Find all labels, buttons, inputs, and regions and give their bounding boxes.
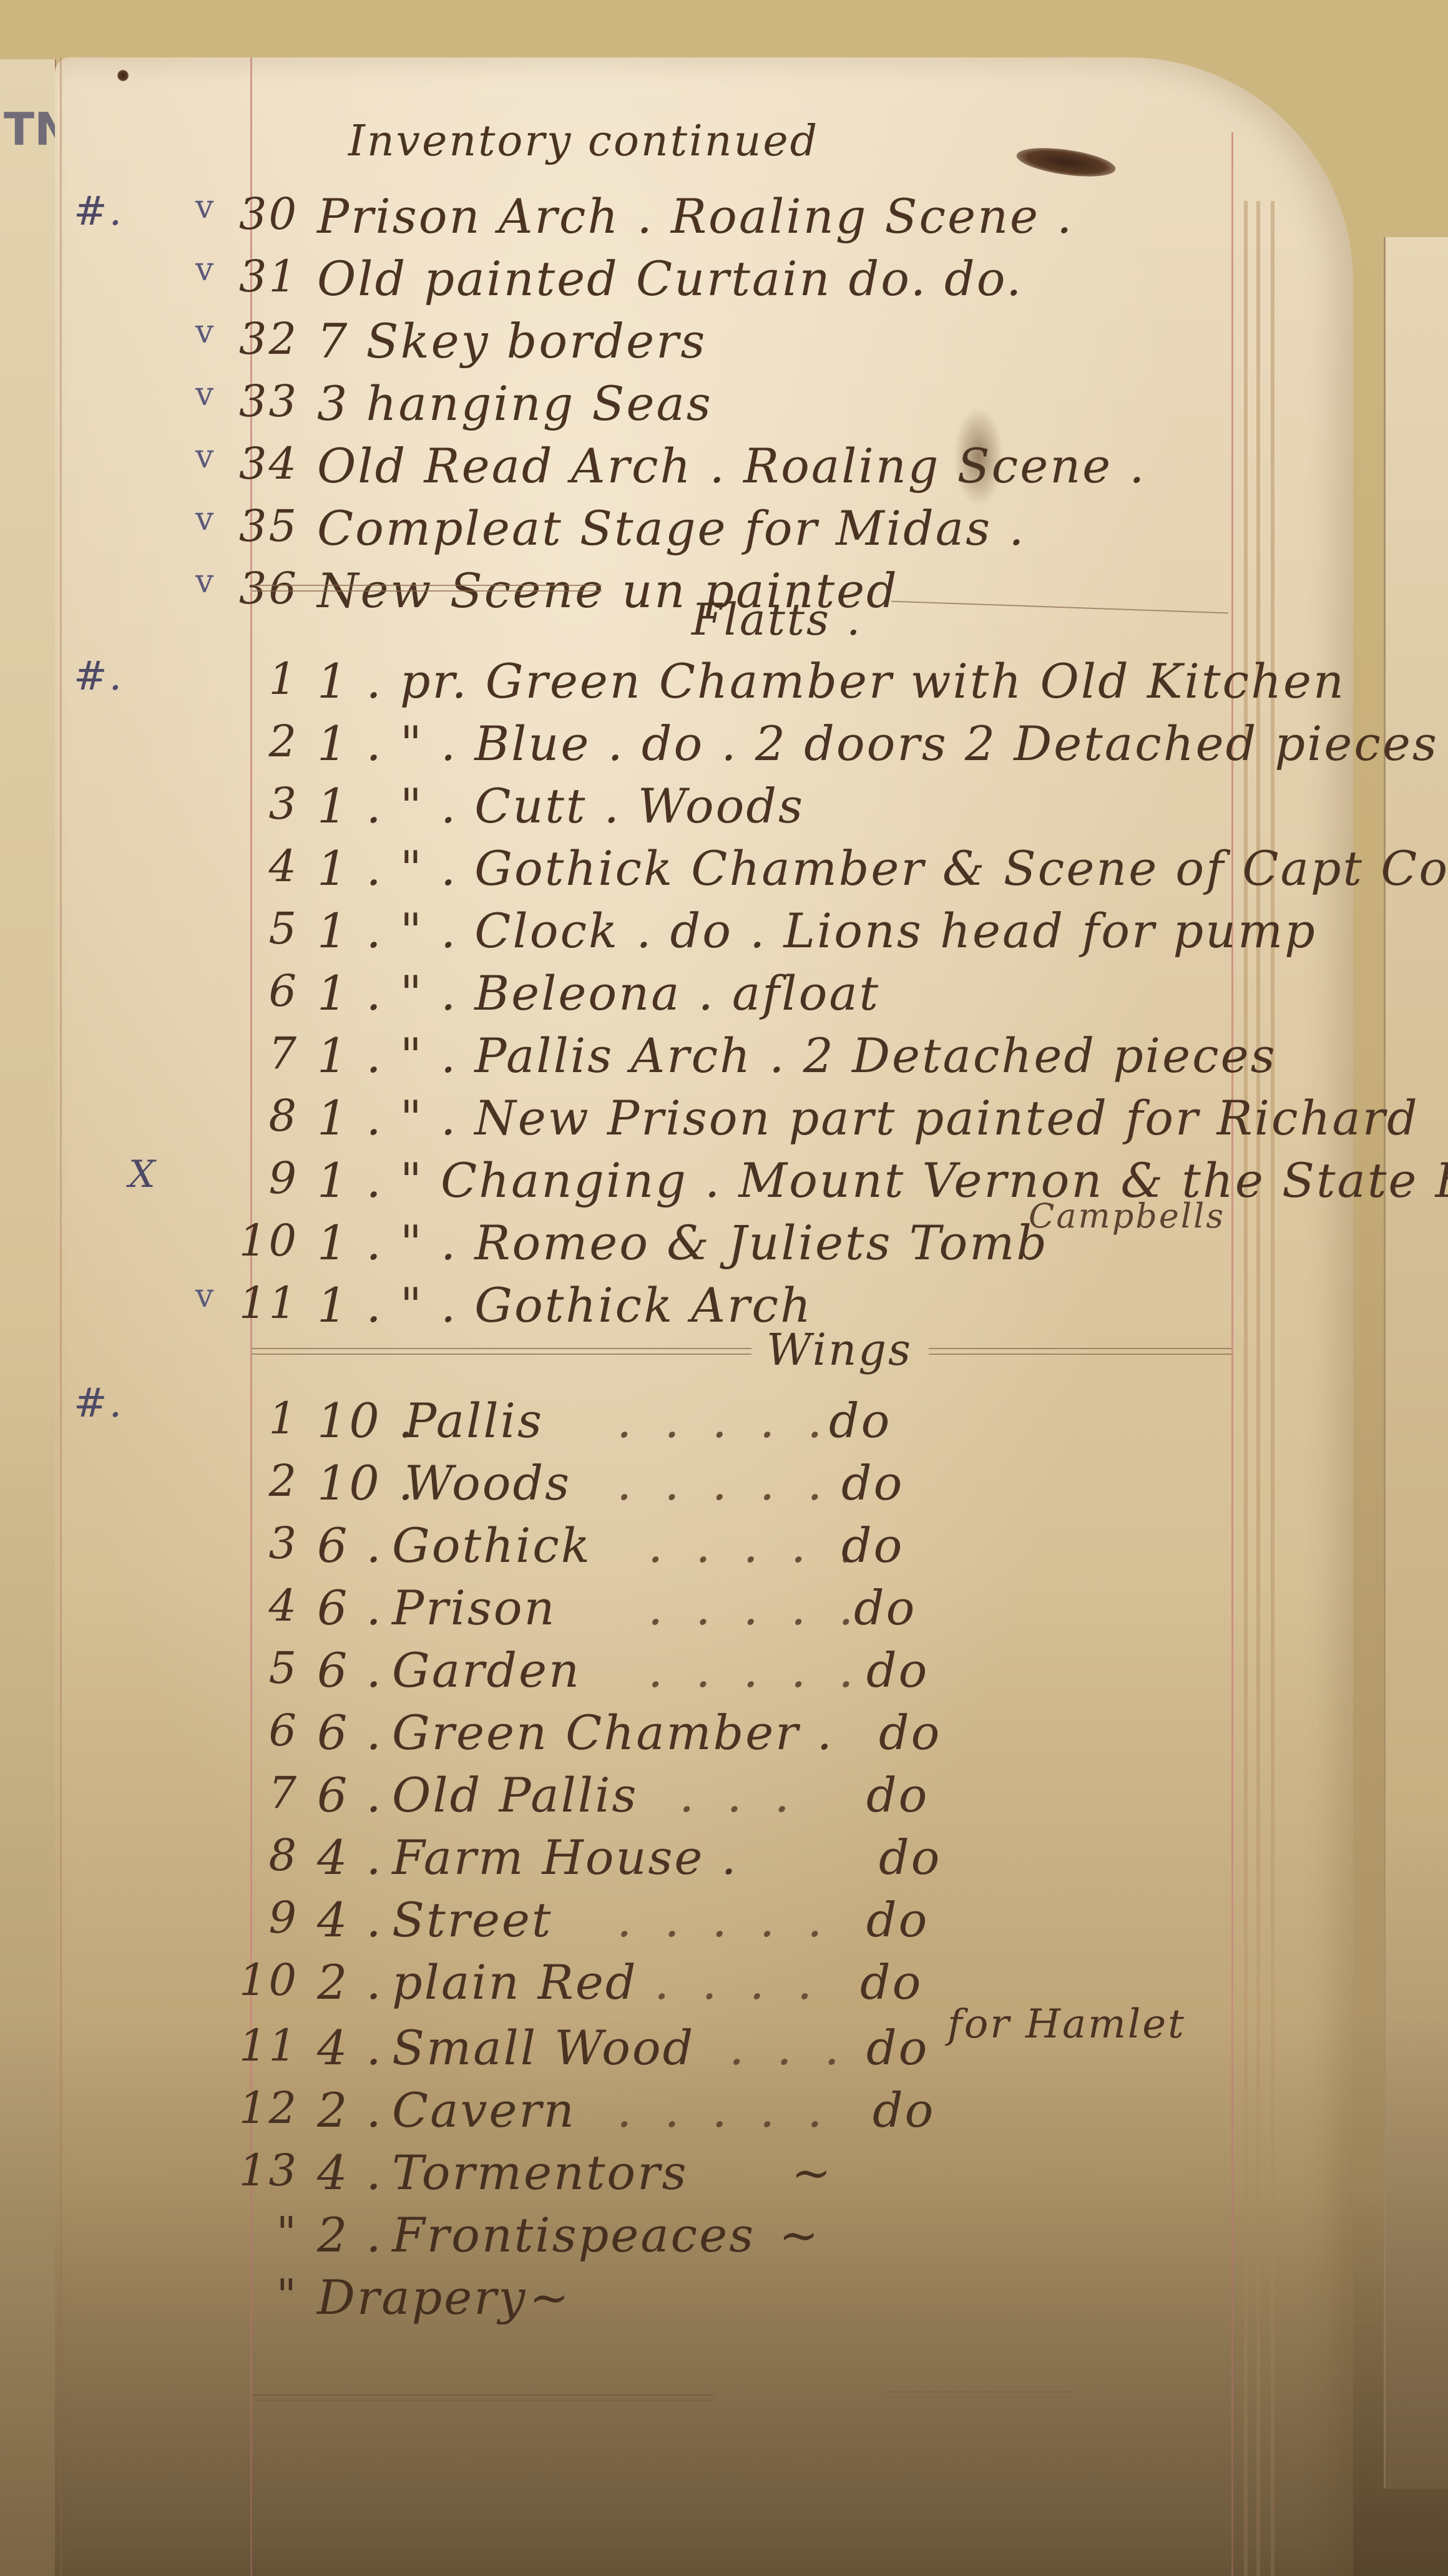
item-quantity: 10 .	[317, 1393, 415, 1448]
list-item: 7 1 . " . Pallis Arch . 2 Detached piece…	[55, 1028, 1353, 1090]
item-number: 10	[230, 1215, 298, 1266]
list-item: 4 1 . " . Gothick Chamber & Scene of Cap…	[55, 841, 1353, 903]
item-number: 7	[230, 1767, 298, 1818]
item-number: 12	[230, 2082, 298, 2134]
item-quantity: 10 .	[317, 1455, 415, 1511]
item-description: 1 . " . Clock . do . Lions head for pump	[317, 903, 1317, 959]
ditto-mark: do	[829, 1393, 891, 1448]
list-item: 5 6 . Garden . . . . . do	[55, 1642, 1353, 1705]
list-item: 3 6 . Gothick . . . . . do	[55, 1518, 1353, 1580]
ditto-mark: do	[866, 1642, 929, 1698]
item-quantity: 6 .	[317, 1518, 383, 1573]
list-item: 9 4 . Street . . . . . do	[55, 1892, 1353, 1954]
item-description: 1 . " . Cutt . Woods	[317, 778, 805, 834]
list-item: v 34 Old Read Arch . Roaling Scene .	[55, 438, 1353, 500]
leader-dots: . . .	[679, 1767, 798, 1823]
item-description: 1 . " . Pallis Arch . 2 Detached pieces	[317, 1028, 1277, 1083]
list-item: " 2 . Frontispeaces ~	[55, 2207, 1353, 2270]
cross-mark-icon: X	[129, 1153, 157, 1196]
item-number: 5	[230, 1642, 298, 1694]
item-quantity: 2 .	[317, 2207, 383, 2263]
item-annotation: Campbells	[1029, 1196, 1225, 1236]
list-item: v 35 Compleat Stage for Midas .	[55, 500, 1353, 563]
item-number: 2	[230, 1455, 298, 1506]
item-name: Farm House .	[392, 1830, 738, 1885]
leader-dots: . . .	[729, 2020, 848, 2076]
item-quantity: 2 .	[317, 1954, 383, 2010]
item-description: 1 . " . Beleona . afloat	[317, 965, 880, 1021]
item-name: Tormentors	[392, 2145, 688, 2200]
item-number: 33	[230, 376, 298, 427]
item-number: 11	[230, 1277, 298, 1329]
ditto-mark: do	[841, 1455, 904, 1511]
ink-dot	[117, 70, 129, 81]
list-item: 8 4 . Farm House . do	[55, 1830, 1353, 1892]
section-title-flatts: Flatts .	[692, 594, 862, 645]
ditto-mark: do	[873, 2082, 935, 2138]
item-number: 1	[230, 653, 298, 705]
item-name: Gothick	[392, 1518, 592, 1573]
section-title-wings: Wings	[766, 1324, 912, 1375]
item-number: 2	[230, 716, 298, 767]
page-title: Inventory continued	[348, 117, 819, 166]
item-name: Old Pallis	[392, 1767, 638, 1823]
leader-dots: . . . . .	[617, 1892, 831, 1948]
item-description: 1 . " . Gothick Arch	[317, 1277, 813, 1333]
item-number: 13	[230, 2145, 298, 2196]
item-number: 1	[230, 1393, 298, 1444]
item-number: 3	[230, 778, 298, 829]
item-number: 5	[230, 903, 298, 954]
list-item: v 11 1 . " . Gothick Arch	[55, 1277, 1353, 1340]
section-divider	[252, 1348, 751, 1355]
list-item: 6 1 . " . Beleona . afloat	[55, 965, 1353, 1028]
check-tick-icon: v	[195, 376, 215, 413]
item-number: 10	[230, 1954, 298, 2006]
item-name: Prison	[392, 1580, 556, 1636]
list-item: v 32 7 Skey borders	[55, 313, 1353, 376]
item-name: Cavern	[392, 2082, 576, 2138]
list-item: 8 1 . " . New Prison part painted for Ri…	[55, 1090, 1353, 1153]
previous-page-edge: TN	[0, 59, 56, 2576]
list-item: 1 1 . pr. Green Chamber with Old Kitchen	[55, 653, 1353, 716]
flourish-dash: ~	[791, 2145, 833, 2200]
item-number: 9	[230, 1892, 298, 1943]
leader-dots: . . . . .	[617, 2082, 831, 2138]
list-item: v 33 3 hanging Seas	[55, 376, 1353, 438]
item-number: 3	[230, 1518, 298, 1569]
section-divider	[929, 1348, 1231, 1355]
item-number: "	[230, 2207, 298, 2258]
item-quantity: 6 .	[317, 1580, 383, 1636]
item-name: Frontispeaces	[392, 2207, 755, 2263]
item-description: 1 . " . Blue . do . 2 doors 2 Detached p…	[317, 716, 1439, 771]
flourish-dash: ~	[529, 2270, 571, 2325]
item-number: 9	[230, 1153, 298, 1204]
ditto-mark: do	[841, 1518, 904, 1573]
ditto-mark: do	[866, 1892, 929, 1948]
check-tick-icon: v	[195, 438, 215, 476]
list-item: 6 6 . Green Chamber . do	[55, 1705, 1353, 1767]
item-number: 11	[230, 2020, 298, 2071]
item-quantity: 4 .	[317, 2145, 383, 2200]
item-number: "	[230, 2270, 298, 2321]
item-quantity: 6 .	[317, 1642, 383, 1698]
ditto-mark: do	[879, 1830, 941, 1885]
list-item: 4 6 . Prison . . . . . do	[55, 1580, 1353, 1642]
check-tick-icon: v	[195, 251, 215, 288]
leader-dots: . . . . .	[648, 1580, 862, 1636]
item-quantity: 6 .	[317, 1767, 383, 1823]
item-name: Small Wood	[392, 2020, 695, 2076]
check-tick-icon: v	[195, 313, 215, 351]
ditto-mark: do	[866, 2020, 929, 2076]
list-item: 2 1 . " . Blue . do . 2 doors 2 Detached…	[55, 716, 1353, 778]
leader-dots: . . . . .	[617, 1455, 831, 1511]
leader-dots: . . . . .	[648, 1642, 862, 1698]
item-name: plain Red	[392, 1954, 638, 2010]
item-number: 35	[230, 500, 298, 552]
next-page-edge	[1384, 237, 1448, 2489]
list-item: 7 6 . Old Pallis . . . do	[55, 1767, 1353, 1830]
leader-dots: . . . . .	[648, 1518, 862, 1573]
check-tick-icon: v	[195, 1277, 215, 1315]
item-number: 4	[230, 841, 298, 892]
item-description: 7 Skey borders	[317, 313, 707, 369]
item-description: Compleat Stage for Midas .	[317, 500, 1025, 556]
item-quantity: 2 .	[317, 2082, 383, 2138]
list-item: 10 1 . " . Romeo & Juliets Tomb Campbell…	[55, 1215, 1353, 1277]
check-tick-icon: v	[195, 563, 215, 600]
item-quantity: 4 .	[317, 2020, 383, 2076]
item-quantity: 4 .	[317, 1892, 383, 1948]
item-number: 6	[230, 1705, 298, 1756]
item-description: 1 . " . Romeo & Juliets Tomb	[317, 1215, 1049, 1271]
item-number: 34	[230, 438, 298, 489]
flourish-dash: ~	[779, 2207, 821, 2263]
list-item: 1 10 . Pallis . . . . . do	[55, 1393, 1353, 1455]
list-item: 2 10 . Woods . . . . . do	[55, 1455, 1353, 1518]
ditto-mark: do	[866, 1767, 929, 1823]
item-number: 4	[230, 1580, 298, 1631]
item-number: 32	[230, 313, 298, 364]
section-divider	[252, 2394, 714, 2401]
ditto-mark: do	[879, 1705, 941, 1760]
item-number: 8	[230, 1090, 298, 1141]
list-item: 12 2 . Cavern . . . . . do	[55, 2082, 1353, 2145]
list-item: 13 4 . Tormentors ~	[55, 2145, 1353, 2207]
item-number: 30	[230, 188, 298, 240]
check-tick-icon: v	[195, 188, 215, 226]
ditto-mark: do	[854, 1580, 916, 1636]
item-name: Drapery	[317, 2270, 527, 2325]
check-tick-icon: v	[195, 500, 215, 538]
leader-dots: . . . .	[654, 1954, 821, 2010]
item-description: Old painted Curtain do. do.	[317, 251, 1023, 306]
item-quantity: 4 .	[317, 1830, 383, 1885]
item-number: 7	[230, 1028, 298, 1079]
ink-blot	[1015, 143, 1117, 182]
section-divider	[252, 585, 602, 592]
item-name: Pallis	[404, 1393, 544, 1448]
list-item: 5 1 . " . Clock . do . Lions head for pu…	[55, 903, 1353, 965]
list-item: " Drapery ~	[55, 2270, 1353, 2332]
item-description: 3 hanging Seas	[317, 376, 713, 431]
item-name: Street	[392, 1892, 552, 1948]
item-description: 1 . pr. Green Chamber with Old Kitchen	[317, 653, 1346, 709]
item-name: Garden	[392, 1642, 581, 1698]
list-item: 11 4 . Small Wood . . . do for Hamlet	[55, 2020, 1353, 2082]
item-quantity: 6 .	[317, 1705, 383, 1760]
item-number: 6	[230, 965, 298, 1017]
item-description: Prison Arch . Roaling Scene .	[317, 188, 1074, 244]
item-name: Green Chamber .	[392, 1705, 834, 1760]
item-description: Old Read Arch . Roaling Scene .	[317, 438, 1146, 494]
ditto-mark: do	[860, 1954, 922, 2010]
item-annotation: for Hamlet	[947, 2001, 1186, 2047]
item-description: 1 . " Changing . Mount Vernon & the Stat…	[317, 1153, 1448, 1208]
list-item: v 30 Prison Arch . Roaling Scene .	[55, 188, 1353, 251]
section-divider	[885, 2391, 1072, 2398]
item-description: 1 . " . Gothick Chamber & Scene of Capt …	[317, 841, 1448, 896]
ledger-page: Inventory continued #. v 30 Prison Arch …	[55, 57, 1353, 2576]
item-name: Woods	[404, 1455, 571, 1511]
list-item: 3 1 . " . Cutt . Woods	[55, 778, 1353, 841]
leader-dots: . . . . .	[617, 1393, 831, 1448]
item-number: 31	[230, 251, 298, 302]
list-item: v 31 Old painted Curtain do. do.	[55, 251, 1353, 313]
item-number: 8	[230, 1830, 298, 1881]
item-description: 1 . " . New Prison part painted for Rich…	[317, 1090, 1419, 1146]
